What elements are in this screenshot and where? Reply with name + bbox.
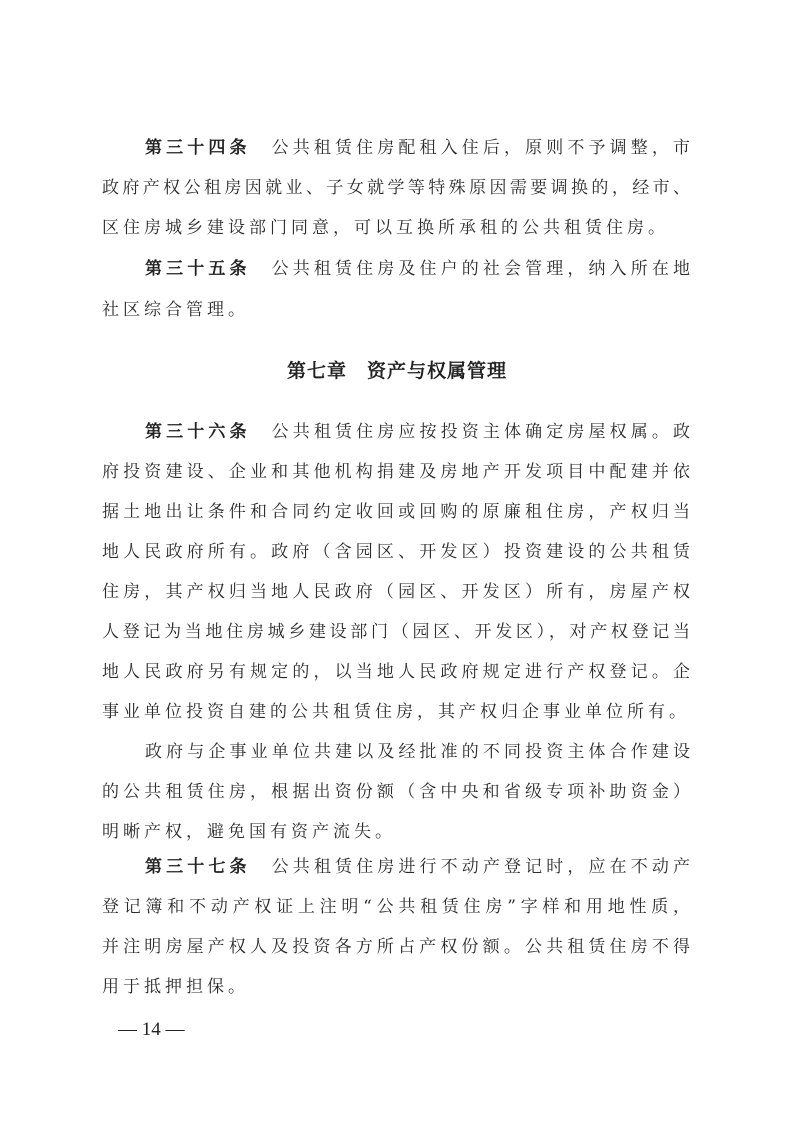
paragraph-line: 第三十五条公共租赁住房及住户的社会管理，纳入所在地 — [145, 257, 690, 281]
paragraph-line: 住房，其产权归当地人民政府（园区、开发区）所有，房屋产权 — [102, 580, 690, 604]
paragraph-line: 地人民政府所有。政府（含园区、开发区）投资建设的公共租赁 — [102, 540, 690, 564]
document-page: 第三十四条公共租赁住房配租入住后，原则不予调整，市 政府产权公租房因就业、子女就… — [0, 0, 794, 1123]
paragraph-line: 明晰产权，避免国有资产流失。 — [102, 820, 396, 844]
paragraph-line: 据土地出让条件和合同约定收回或回购的原廉租住房，产权归当 — [102, 500, 690, 524]
article-heading: 第三十六条 — [145, 422, 251, 442]
paragraph-line: 第三十六条公共租赁住房应按投资主体确定房屋权属。政 — [145, 420, 690, 444]
paragraph-line: 第三十七条公共租赁住房进行不动产登记时，应在不动产 — [145, 855, 690, 879]
paragraph-line: 政府产权公租房因就业、子女就学等特殊原因需要调换的，经市、 — [102, 176, 690, 200]
article-text: 公共租赁住房及住户的社会管理，纳入所在地 — [272, 259, 690, 279]
article-heading: 第三十五条 — [145, 259, 251, 279]
chapter-title: 第七章资产与权属管理 — [0, 358, 794, 384]
paragraph-line: 登记簿和不动产权证上注明“公共租赁住房”字样和用地性质， — [102, 895, 690, 919]
paragraph-line: 社区综合管理。 — [102, 298, 249, 322]
paragraph-line: 府投资建设、企业和其他机构捐建及房地产开发项目中配建并依 — [102, 460, 690, 484]
paragraph-line: 并注明房屋产权人及投资各方所占产权份额。公共租赁住房不得 — [102, 935, 690, 959]
page-number: — 14 — — [118, 1018, 185, 1042]
paragraph-line: 地人民政府另有规定的，以当地人民政府规定进行产权登记。企 — [102, 660, 690, 684]
paragraph-line: 人登记为当地住房城乡建设部门（园区、开发区），对产权登记当 — [102, 620, 690, 644]
paragraph-line: 事业单位投资自建的公共租赁住房，其产权归企事业单位所有。 — [102, 700, 690, 724]
article-text: 公共租赁住房应按投资主体确定房屋权属。政 — [272, 422, 690, 442]
article-text: 公共租赁住房配租入住后，原则不予调整，市 — [272, 138, 690, 158]
article-heading: 第三十四条 — [145, 138, 251, 158]
chapter-name: 资产与权属管理 — [367, 360, 507, 382]
paragraph-line: 政府与企事业单位共建以及经批准的不同投资主体合作建设 — [145, 740, 690, 764]
paragraph-line: 的公共租赁住房，根据出资份额（含中央和省级专项补助资金） — [102, 780, 690, 804]
chapter-number: 第七章 — [287, 360, 347, 382]
article-text: 公共租赁住房进行不动产登记时，应在不动产 — [272, 857, 690, 877]
article-heading: 第三十七条 — [145, 857, 251, 877]
paragraph-line: 区住房城乡建设部门同意，可以互换所承租的公共租赁住房。 — [102, 216, 669, 240]
paragraph-line: 第三十四条公共租赁住房配租入住后，原则不予调整，市 — [145, 136, 690, 160]
paragraph-line: 用于抵押担保。 — [102, 975, 249, 999]
